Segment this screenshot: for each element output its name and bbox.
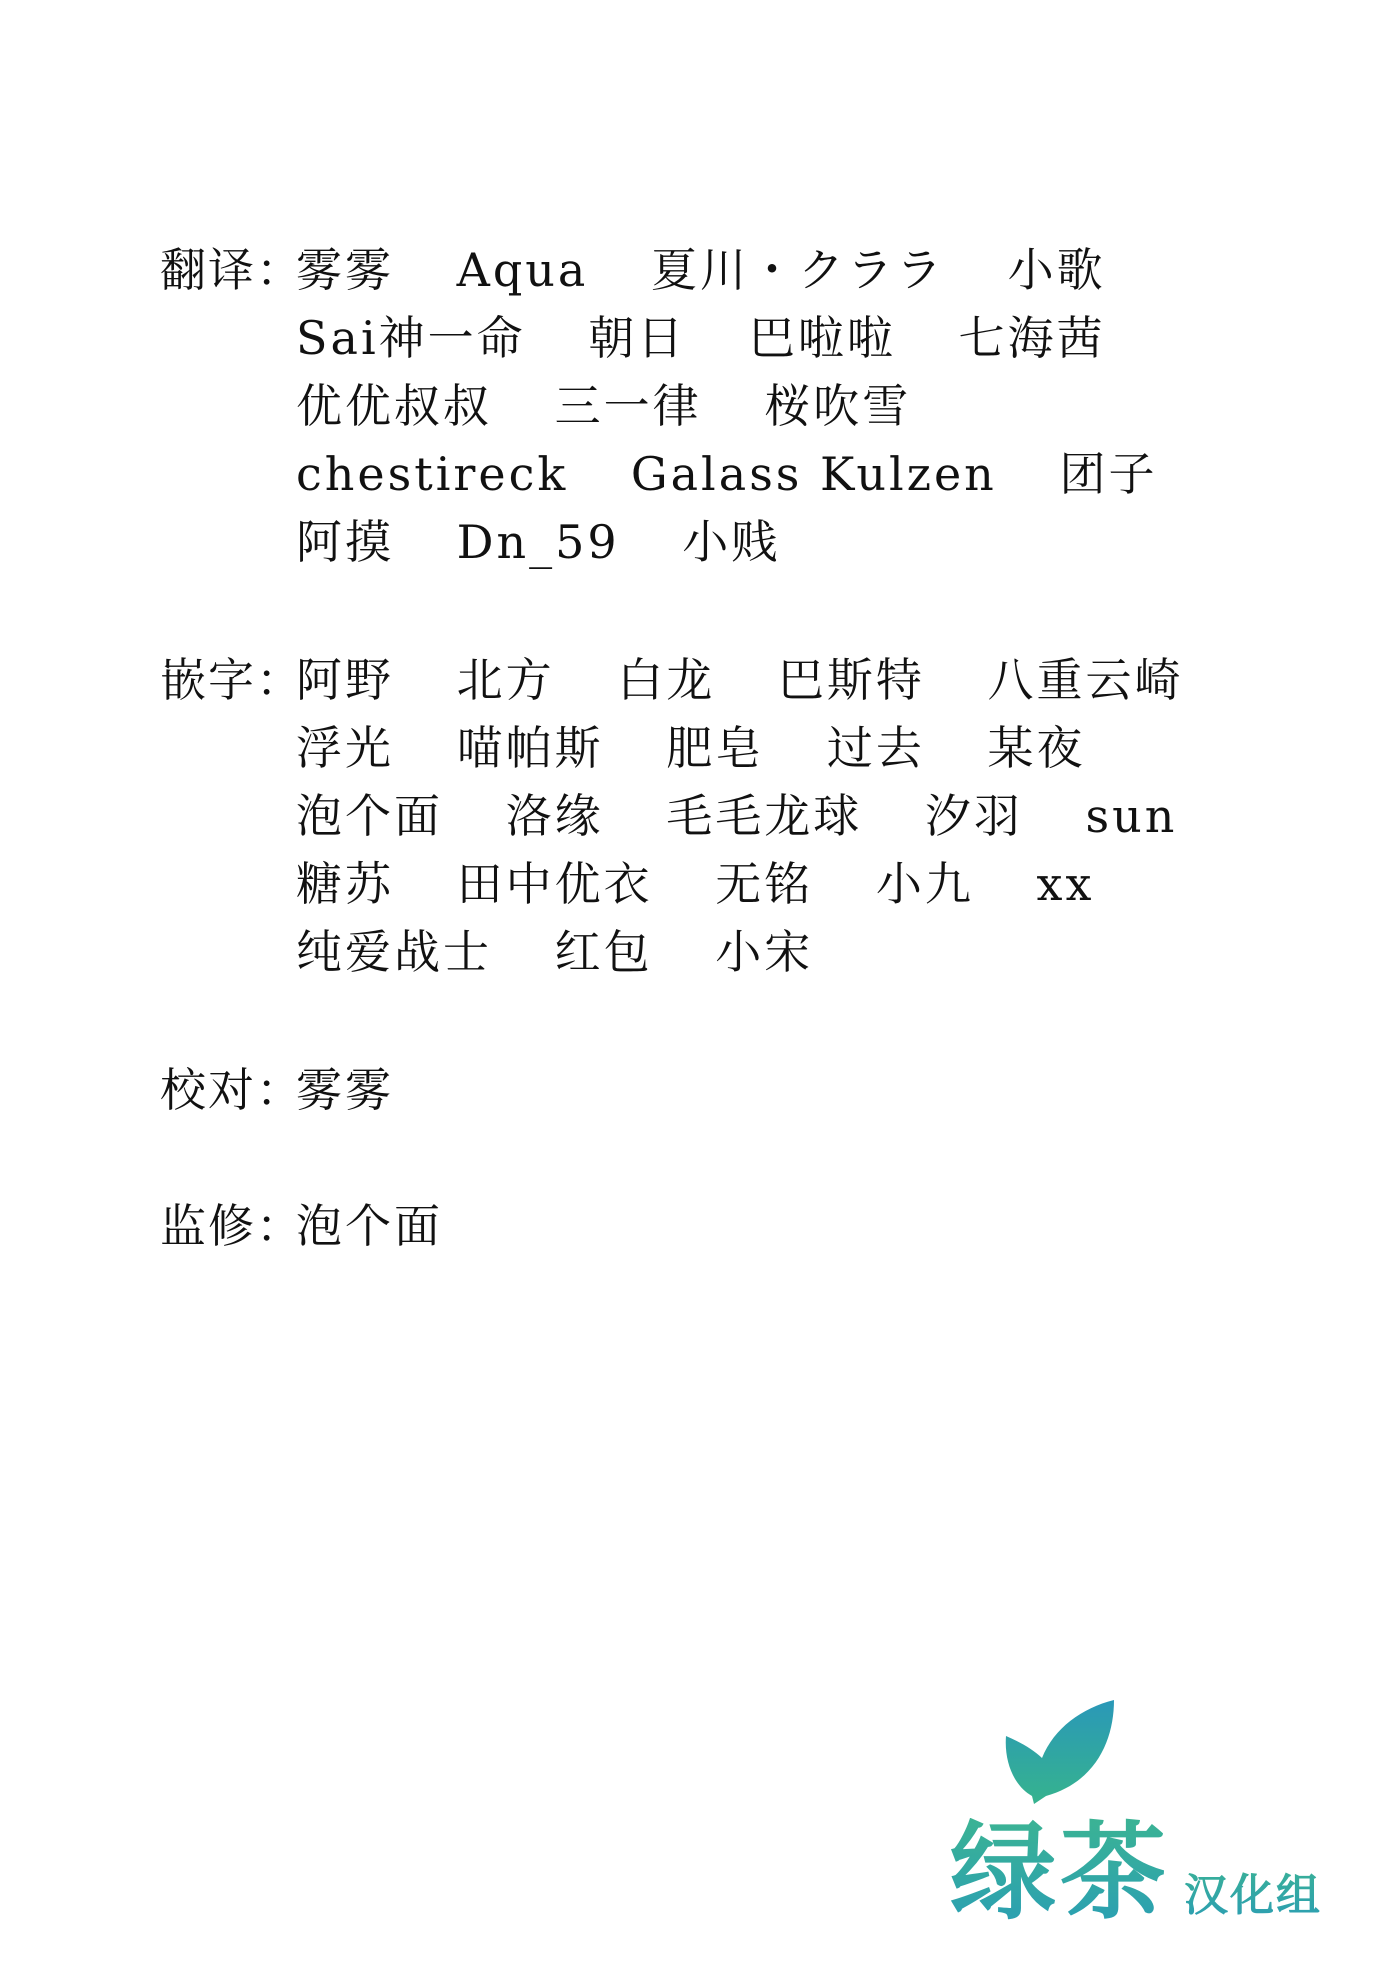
logo-subtitle: 汉化组 bbox=[1184, 1868, 1322, 1924]
credit-name: Dn_59 bbox=[457, 508, 620, 576]
section-label: 监修： bbox=[160, 1192, 296, 1260]
credit-name: 泡个面 bbox=[296, 1192, 443, 1260]
credit-name: 泡个面 bbox=[296, 782, 443, 850]
credit-name: 阿野 bbox=[296, 646, 394, 714]
credit-row: 翻译： 雾雾 Aqua 夏川・クララ 小歌 bbox=[160, 236, 1205, 304]
credit-name: 红包 bbox=[555, 918, 653, 986]
credit-name: Galass Kulzen bbox=[631, 440, 997, 508]
credit-name: 巴斯特 bbox=[778, 646, 925, 714]
credit-name: 汐羽 bbox=[925, 782, 1023, 850]
section-label: 翻译： bbox=[160, 236, 296, 304]
credit-name: 某夜 bbox=[988, 714, 1086, 782]
credit-name: xx bbox=[1037, 850, 1095, 918]
credit-name: 北方 bbox=[457, 646, 555, 714]
credit-name: 糖苏 bbox=[296, 850, 394, 918]
credit-name: 巴啦啦 bbox=[749, 304, 896, 372]
credit-name: 喵帕斯 bbox=[457, 714, 604, 782]
credit-name: 夏川・クララ bbox=[651, 236, 945, 304]
credit-name: 朝日 bbox=[588, 304, 686, 372]
supervision-credits: 监修： 泡个面 bbox=[160, 1192, 491, 1260]
translation-credits: 翻译： 雾雾 Aqua 夏川・クララ 小歌 Sai神一命 朝日 巴啦啦 七海茜 … bbox=[160, 236, 1205, 576]
credit-name: sun bbox=[1086, 782, 1178, 850]
credit-name: 团子 bbox=[1059, 440, 1157, 508]
credit-row: chestireck Galass Kulzen 团子 bbox=[160, 440, 1205, 508]
credit-name: 桜吹雪 bbox=[764, 372, 911, 440]
credit-row: 浮光 喵帕斯 肥皂 过去 某夜 bbox=[160, 714, 1232, 782]
credit-name: 浮光 bbox=[296, 714, 394, 782]
credit-name: 三一律 bbox=[555, 372, 702, 440]
credit-name: 田中优衣 bbox=[457, 850, 653, 918]
credit-name: 小歌 bbox=[1008, 236, 1106, 304]
group-logo: 绿茶 汉化组 bbox=[950, 1700, 1370, 1940]
credit-row: Sai神一命 朝日 巴啦啦 七海茜 bbox=[160, 304, 1205, 372]
credit-name: 小九 bbox=[876, 850, 974, 918]
credit-row: 优优叔叔 三一律 桜吹雪 bbox=[160, 372, 1205, 440]
credit-name: 八重云崎 bbox=[988, 646, 1184, 714]
section-label: 校对： bbox=[160, 1056, 296, 1124]
credit-row: 纯爱战士 红包 小宋 bbox=[160, 918, 1232, 986]
logo-title: 绿茶 bbox=[950, 1818, 1170, 1928]
leaf-icon bbox=[998, 1700, 1118, 1810]
credit-name: 阿摸 bbox=[296, 508, 394, 576]
credit-name: 小宋 bbox=[715, 918, 813, 986]
credit-name: 过去 bbox=[827, 714, 925, 782]
credit-name: 小贱 bbox=[682, 508, 780, 576]
credit-name: 毛毛龙球 bbox=[666, 782, 862, 850]
credit-row: 泡个面 洛缘 毛毛龙球 汐羽 sun bbox=[160, 782, 1232, 850]
credit-name: 雾雾 bbox=[296, 1056, 394, 1124]
credit-name: 肥皂 bbox=[666, 714, 764, 782]
credit-name: chestireck bbox=[296, 440, 568, 508]
credit-name: 无铭 bbox=[715, 850, 813, 918]
credit-name: 优优叔叔 bbox=[296, 372, 492, 440]
proofreading-credits: 校对： 雾雾 bbox=[160, 1056, 442, 1124]
credit-name: 白龙 bbox=[617, 646, 715, 714]
credit-row: 校对： 雾雾 bbox=[160, 1056, 442, 1124]
credit-row: 监修： 泡个面 bbox=[160, 1192, 491, 1260]
credit-name: Sai神一命 bbox=[296, 304, 526, 372]
credit-row: 糖苏 田中优衣 无铭 小九 xx bbox=[160, 850, 1232, 918]
credit-name: 雾雾 bbox=[296, 236, 394, 304]
credit-name: 七海茜 bbox=[959, 304, 1106, 372]
credit-row: 阿摸 Dn_59 小贱 bbox=[160, 508, 1205, 576]
credit-row: 嵌字： 阿野 北方 白龙 巴斯特 八重云崎 bbox=[160, 646, 1232, 714]
credit-name: Aqua bbox=[457, 236, 589, 304]
credit-name: 纯爱战士 bbox=[296, 918, 492, 986]
section-label: 嵌字： bbox=[160, 646, 296, 714]
typesetting-credits: 嵌字： 阿野 北方 白龙 巴斯特 八重云崎 浮光 喵帕斯 肥皂 过去 某夜 泡个… bbox=[160, 646, 1232, 986]
credit-name: 洛缘 bbox=[506, 782, 604, 850]
